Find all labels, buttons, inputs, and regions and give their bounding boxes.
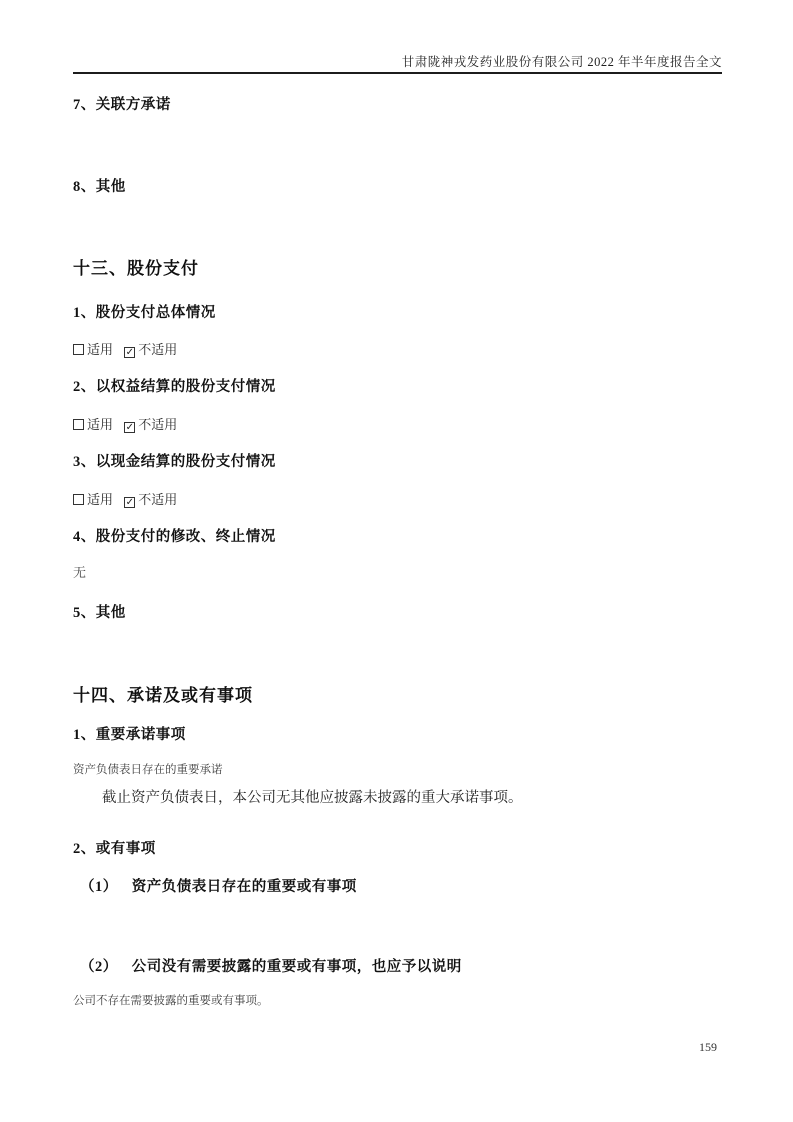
share-payment-modification-value: 无 bbox=[73, 562, 722, 581]
applicability-row-1: 适用 ✓不适用 bbox=[73, 339, 722, 358]
heading-other-8: 8、其他 bbox=[73, 175, 722, 196]
check-mark-icon: ✓ bbox=[125, 498, 134, 507]
heading-related-party-commitments: 7、关联方承诺 bbox=[73, 93, 722, 114]
applicability-row-2: 适用 ✓不适用 bbox=[73, 414, 722, 433]
heading-contingencies: 2、或有事项 bbox=[73, 837, 722, 858]
heading-contingencies-sub1: （1）资产负债表日存在的重要或有事项 bbox=[80, 875, 722, 896]
applicable-label: 适用 bbox=[87, 342, 113, 357]
checkbox-checked-icon: ✓ bbox=[124, 422, 135, 433]
checkbox-unchecked-icon bbox=[73, 344, 84, 355]
checkbox-checked-icon: ✓ bbox=[124, 347, 135, 358]
heading-contingencies-sub2-text: 公司没有需要披露的重要或有事项，也应予以说明 bbox=[132, 959, 462, 975]
not-applicable-label: 不适用 bbox=[138, 417, 177, 432]
page-number: 159 bbox=[73, 1040, 717, 1055]
applicable-label: 适用 bbox=[87, 492, 113, 507]
applicable-label: 适用 bbox=[87, 417, 113, 432]
heading-share-payment-overview: 1、股份支付总体情况 bbox=[73, 301, 722, 322]
list-number: （1） bbox=[80, 879, 118, 895]
report-header-title: 甘肃陇神戎发药业股份有限公司 2022 年半年度报告全文 bbox=[73, 52, 722, 70]
check-mark-icon: ✓ bbox=[125, 423, 134, 432]
commitments-paragraph: 截止资产负债表日，本公司无其他应披露未披露的重大承诺事项。 bbox=[73, 788, 722, 809]
checkbox-unchecked-icon bbox=[73, 494, 84, 505]
not-applicable-label: 不适用 bbox=[138, 342, 177, 357]
chapter-heading-commitments-contingencies: 十四、承诺及或有事项 bbox=[73, 681, 722, 706]
check-mark-icon: ✓ bbox=[125, 348, 134, 357]
checkbox-checked-icon: ✓ bbox=[124, 497, 135, 508]
no-contingencies-paragraph: 公司不存在需要披露的重要或有事项。 bbox=[73, 992, 722, 1008]
heading-contingencies-sub1-text: 资产负债表日存在的重要或有事项 bbox=[132, 879, 357, 895]
checkbox-unchecked-icon bbox=[73, 419, 84, 430]
heading-other-5: 5、其他 bbox=[73, 601, 722, 622]
balance-sheet-date-commitments-note: 资产负债表日存在的重要承诺 bbox=[73, 761, 722, 777]
heading-equity-settled-share-payment: 2、以权益结算的股份支付情况 bbox=[73, 375, 722, 396]
heading-contingencies-sub2: （2）公司没有需要披露的重要或有事项，也应予以说明 bbox=[80, 955, 722, 976]
chapter-heading-share-payment: 十三、股份支付 bbox=[73, 254, 722, 279]
list-number: （2） bbox=[80, 959, 118, 975]
report-page: 甘肃陇神戎发药业股份有限公司 2022 年半年度报告全文 7、关联方承诺 8、其… bbox=[0, 0, 793, 1122]
heading-important-commitments: 1、重要承诺事项 bbox=[73, 723, 722, 744]
heading-share-payment-modification: 4、股份支付的修改、终止情况 bbox=[73, 525, 722, 546]
applicability-row-3: 适用 ✓不适用 bbox=[73, 489, 722, 508]
header-divider bbox=[73, 72, 722, 74]
not-applicable-label: 不适用 bbox=[138, 492, 177, 507]
heading-cash-settled-share-payment: 3、以现金结算的股份支付情况 bbox=[73, 450, 722, 471]
